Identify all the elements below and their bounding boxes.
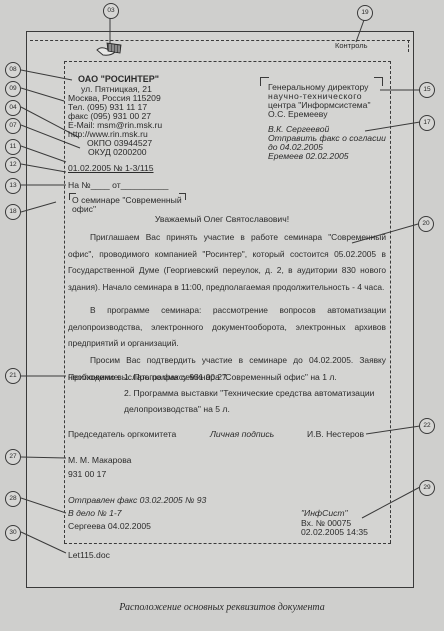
callout-19: 19: [357, 5, 373, 21]
salutation: Уважаемый Олег Святославович!: [0, 214, 444, 224]
attachment-item-2-line1: 2. Программа выставки "Технические средс…: [124, 388, 374, 398]
callout-04: 04: [5, 100, 21, 116]
receipt-stamp-line3: 02.02.2005 14:35: [301, 527, 368, 537]
execution-note-line2: В дело № 1-7: [68, 508, 122, 518]
org-okud: ОКУД 0200200: [88, 147, 147, 157]
execution-note-line3: Сергеева 04.02.2005: [68, 521, 151, 531]
figure-caption: Расположение основных реквизитов докумен…: [0, 602, 444, 613]
callout-29: 29: [419, 480, 435, 496]
callout-08: 08: [5, 62, 21, 78]
execution-note-line1: Отправлен факс 03.02.2005 № 93: [68, 495, 206, 505]
registration-reference: На №____ от__________: [68, 180, 168, 190]
callout-15: 15: [419, 82, 435, 98]
signature-position: Председатель оргкомитета: [68, 429, 176, 439]
body-paragraph-2: В программе семинара: рассмотрение вопро…: [68, 302, 386, 352]
signature-name: И.В. Нестеров: [307, 429, 364, 439]
file-name: Let115.doc: [68, 550, 110, 560]
body-paragraph-1: Приглашаем Вас принять участие в работе …: [68, 229, 386, 295]
registration-date-number: 01.02.2005 № 1-3/115: [68, 163, 154, 173]
addressee-bracket-right: [374, 77, 383, 86]
addressee-line4: О.С. Еремееву: [268, 109, 328, 119]
attachment-item-1: 1. Программа семинара "Современный офис"…: [124, 372, 337, 382]
attachment-item-2-line2: делопроизводства" на 5 л.: [124, 404, 230, 414]
callout-07: 07: [5, 118, 21, 134]
emblem-icon: [95, 40, 125, 58]
control-mark: Контроль: [335, 41, 368, 51]
attachments-label: Приложение:: [68, 372, 121, 382]
callout-21: 21: [5, 368, 21, 384]
callout-27: 27: [5, 449, 21, 465]
callout-13: 13: [5, 178, 21, 194]
callout-22: 22: [419, 418, 435, 434]
executor-name: М. М. Макарова: [68, 455, 131, 465]
subject-line2: офис": [72, 204, 96, 214]
callout-09: 09: [5, 81, 21, 97]
resolution-line4: Еремеев 02.02.2005: [268, 151, 349, 161]
signature-sign: Личная подпись: [210, 429, 274, 439]
receipt-stamp-line1: "ИнфСист": [301, 508, 348, 518]
callout-30: 30: [5, 525, 21, 541]
callout-12: 12: [5, 157, 21, 173]
callout-28: 28: [5, 491, 21, 507]
executor-phone: 931 00 17: [68, 469, 106, 479]
callout-17: 17: [419, 115, 435, 131]
callout-11: 11: [5, 139, 21, 155]
callout-03: 03: [103, 3, 119, 19]
org-name: ОАО "РОСИНТЕР": [78, 74, 159, 84]
